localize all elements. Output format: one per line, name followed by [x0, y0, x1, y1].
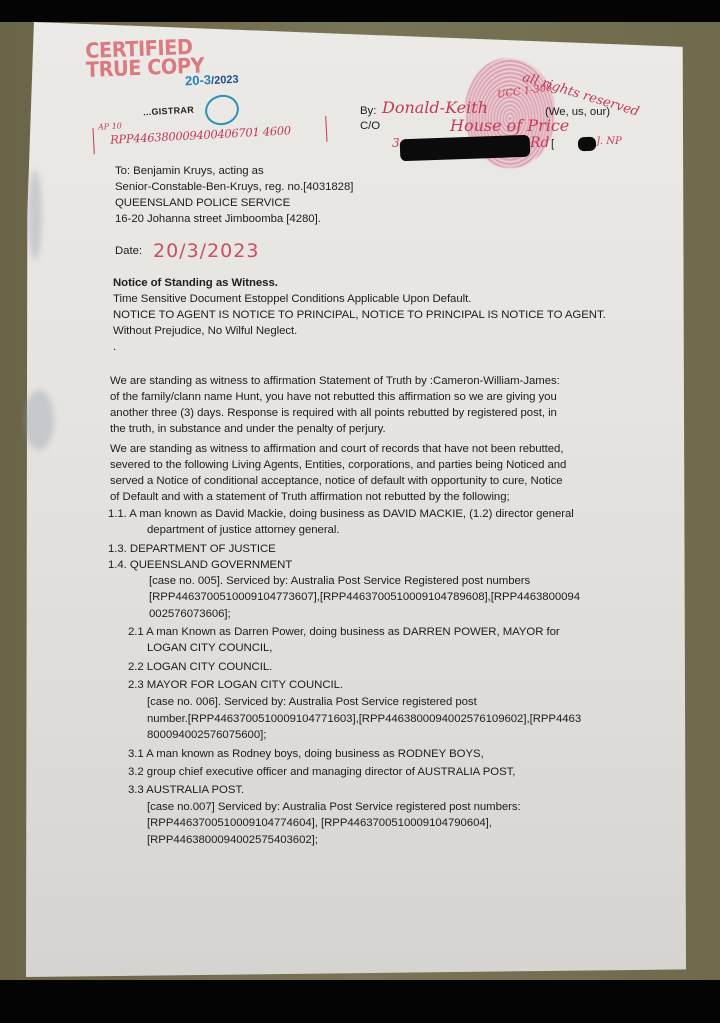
body-line: severed to the following Living Agents, …: [110, 457, 566, 473]
list-item: [RPP4463700510009104773607],[RPP44637005…: [149, 589, 580, 605]
body-line: served a Notice of conditional acceptanc…: [110, 473, 563, 489]
list-item: 002576073606];: [149, 606, 231, 622]
ink-smudge: [28, 170, 42, 260]
list-item: 3.1 A man known as Rodney boys, doing bu…: [128, 746, 484, 762]
list-item: 1.4. QUEENSLAND GOVERNMENT: [108, 557, 292, 573]
list-item: 2.2 LOGAN CITY COUNCIL.: [128, 659, 272, 675]
list-item: [case no.007] Serviced by: Australia Pos…: [147, 799, 521, 815]
ink-smudge: [24, 390, 54, 450]
recipient-line: 16-20 Johanna street Jimboomba [4280].: [115, 211, 321, 227]
list-item: LOGAN CITY COUNCIL,: [147, 640, 272, 656]
body-line: of Default and with a statement of Truth…: [110, 489, 510, 505]
reference-annotation: AP 10: [98, 121, 122, 131]
list-item: [case no. 005]. Serviced by: Australia P…: [149, 573, 530, 589]
list-item: number.[RPP4463700510009104771603],[RPP4…: [147, 711, 581, 727]
address-handwritten-end: Rd: [530, 135, 550, 151]
recipient-line: To: Benjamin Kruys, acting as: [115, 163, 264, 179]
list-item: 2.1 A man Known as Darren Power, doing b…: [128, 624, 560, 640]
date-handwritten: 20/3/2023: [153, 240, 259, 262]
redacted-address: [400, 135, 531, 162]
body-line: of the family/clann name Hunt, you have …: [110, 389, 557, 405]
list-item: 1.1. A man known as David Mackie, doing …: [108, 506, 574, 522]
postcode-end: ]. NP: [596, 136, 622, 147]
list-item: 1.3. DEPARTMENT OF JUSTICE: [108, 541, 276, 557]
redacted-postcode: [578, 137, 596, 152]
list-item: 3.2 group chief executive officer and ma…: [128, 764, 515, 780]
body-line: the truth, in substance and under the pe…: [110, 421, 386, 437]
list-item: department of justice attorney general.: [147, 522, 339, 538]
list-item: [RPP4463800094002575403602];: [147, 832, 318, 848]
date-label: Date:: [115, 243, 142, 259]
recipient-line: Senior-Constable-Ben-Kruys, reg. no.[403…: [115, 179, 353, 195]
list-item: [case no. 006]. Serviced by: Australia P…: [147, 694, 477, 710]
postcode-bracket: [: [551, 136, 554, 152]
co-handwritten: House of Price: [450, 116, 569, 135]
address-handwritten-start: 3: [392, 136, 400, 150]
list-item: 800094002576075600];: [147, 727, 266, 743]
body-line: We are standing as witness to affirmatio…: [110, 373, 560, 389]
notice-line: Time Sensitive Document Estoppel Conditi…: [113, 291, 471, 307]
co-label: C/O: [360, 118, 380, 134]
list-item: [RPP4463700510009104774604], [RPP4463700…: [147, 815, 492, 831]
notice-line: NOTICE TO AGENT IS NOTICE TO PRINCIPAL, …: [113, 307, 606, 323]
sender-name-handwritten: Donald-Keith: [382, 98, 488, 117]
body-line: We are standing as witness to affirmatio…: [110, 441, 563, 457]
stamp-date: 20-3/2023: [185, 71, 239, 89]
body-line: another three (3) days. Response is requ…: [110, 405, 557, 421]
list-item: 3.3 AUSTRALIA POST.: [128, 782, 244, 798]
notice-title: Notice of Standing as Witness.: [113, 275, 278, 291]
by-label: By:: [360, 103, 376, 119]
notice-bullet: .: [113, 339, 116, 355]
recipient-line: QUEENSLAND POLICE SERVICE: [115, 195, 290, 211]
list-item: 2.3 MAYOR FOR LOGAN CITY COUNCIL.: [128, 677, 343, 693]
notice-line: Without Prejudice, No Wilful Neglect.: [113, 323, 297, 339]
